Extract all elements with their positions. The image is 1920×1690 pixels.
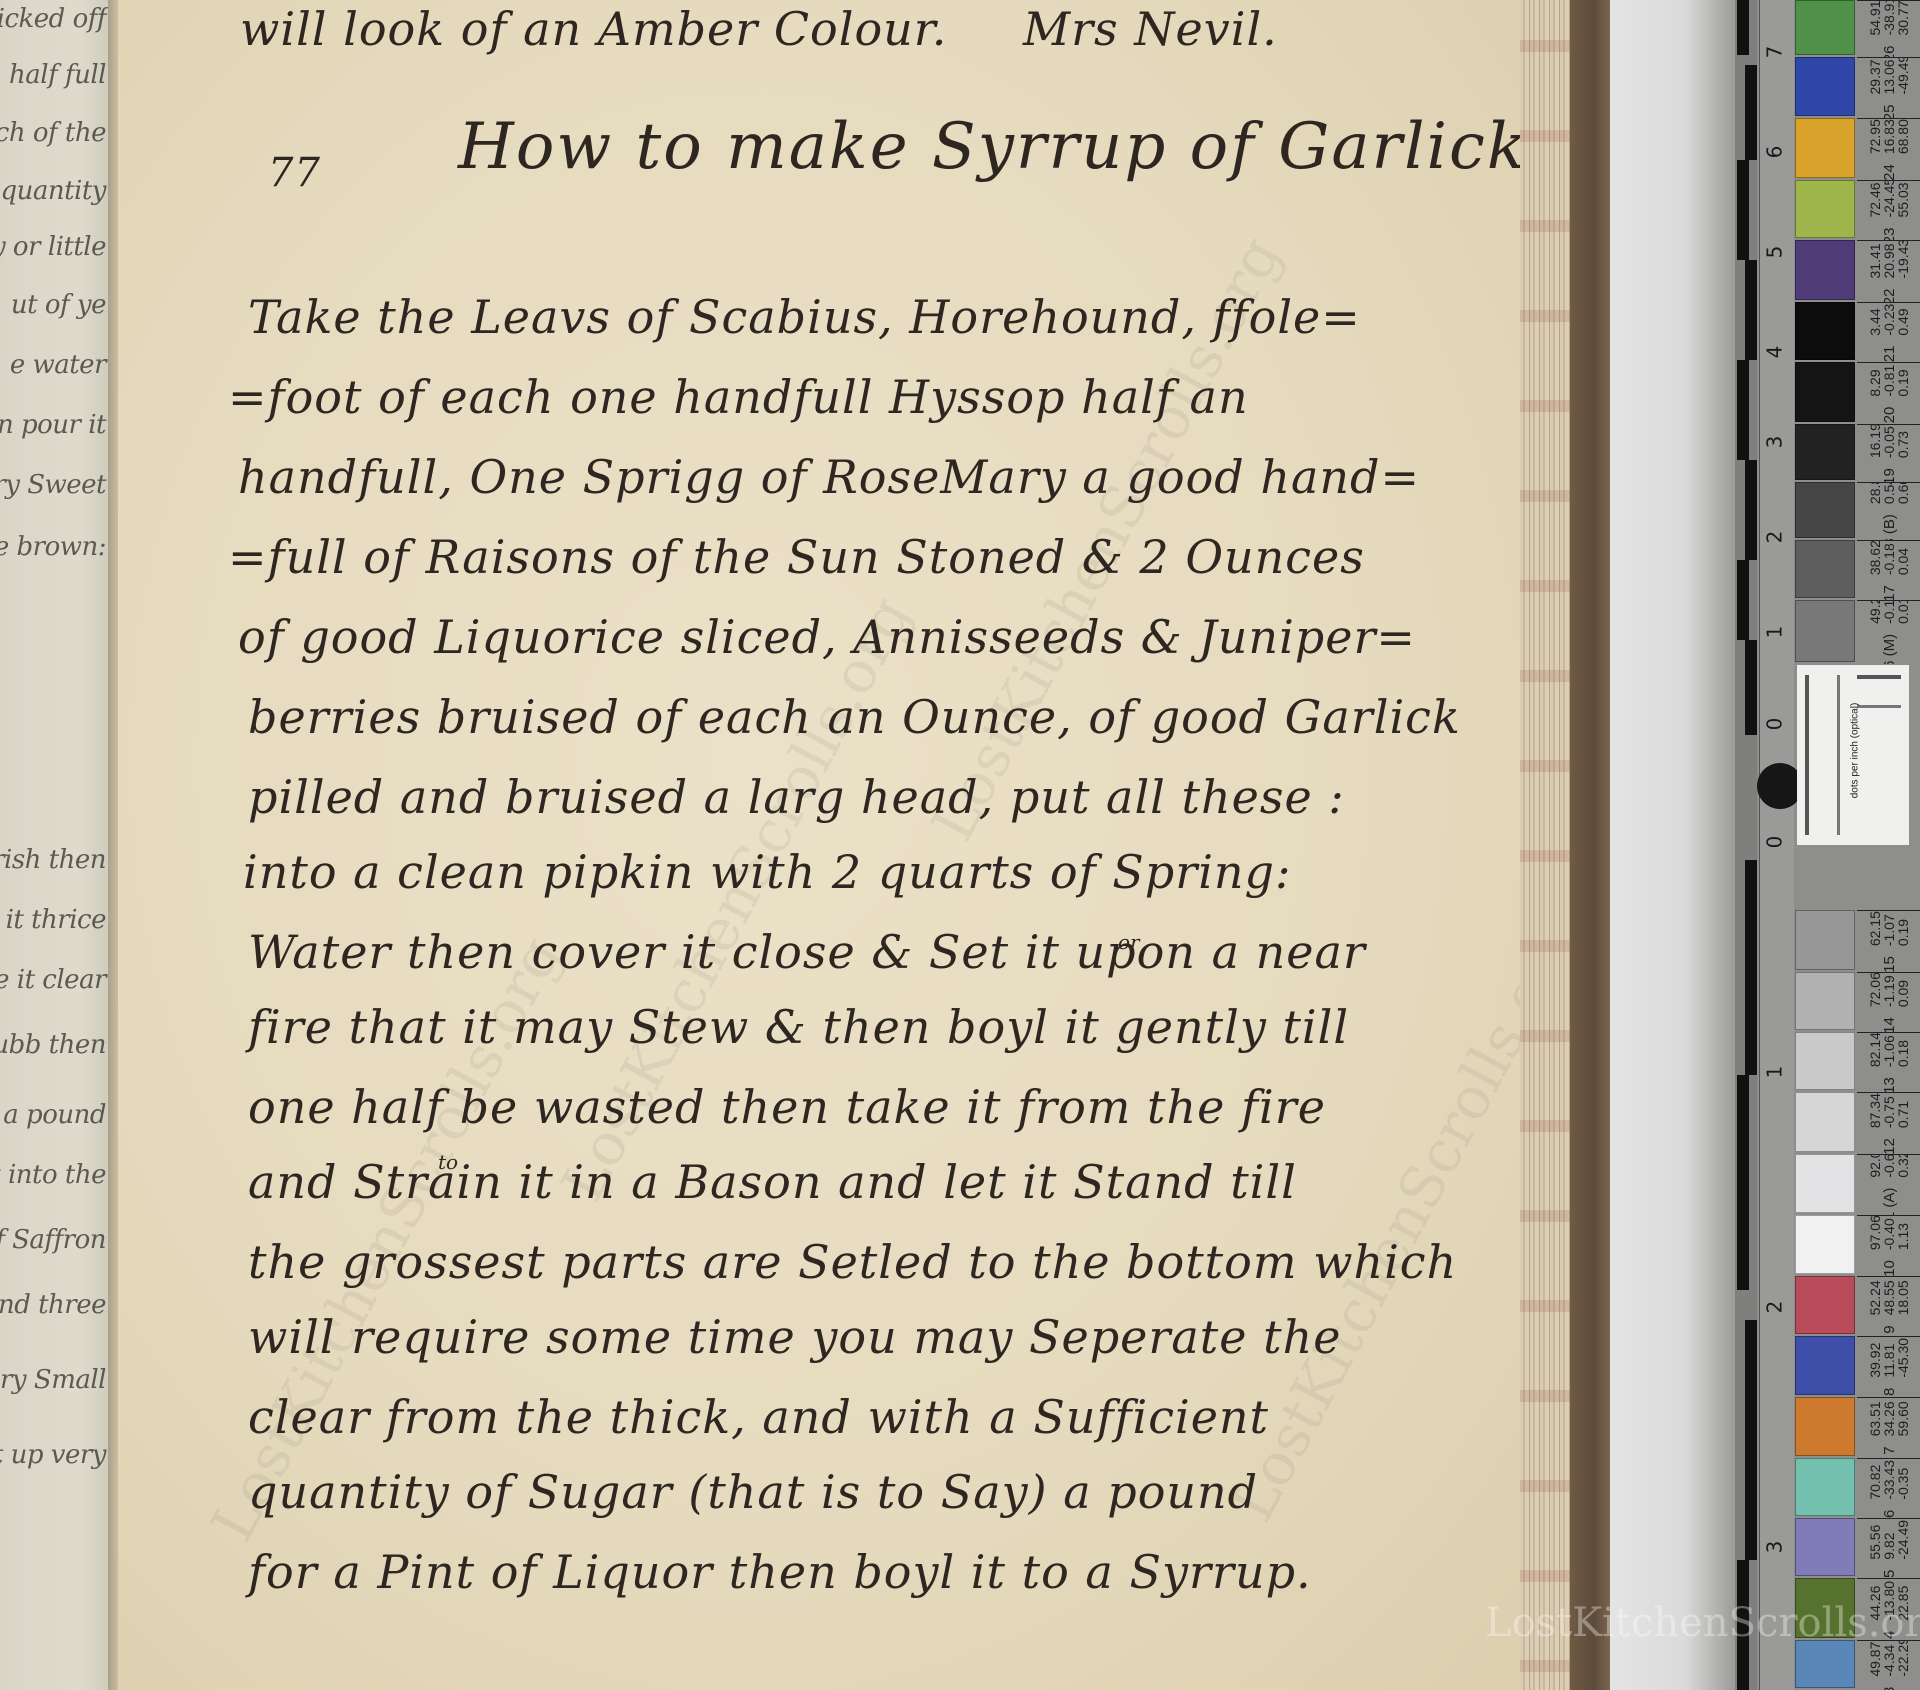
lab-value: -0.23 xyxy=(1882,303,1896,335)
recipe-line: for a Pint of Liquor then boyl it to a S… xyxy=(248,1545,1312,1599)
color-patch-26 xyxy=(1795,0,1855,55)
backdrop xyxy=(1610,0,1735,1690)
patch-id: 21 xyxy=(1880,345,1897,362)
color-calibration-chart: 7 6 5 4 3 2 1 0 0 1 2 3 dots per inch (o… xyxy=(1735,0,1920,1690)
patch-values: 18 (B)28.860.540.60 xyxy=(1857,482,1920,540)
patch-values: 16 (M)49.25-0.160.01 xyxy=(1857,600,1920,664)
lab-value: 70.82 xyxy=(1868,1459,1882,1499)
ruler-label: 0 xyxy=(1762,718,1786,731)
recipe-line: handfull, One Sprigg of RoseMary a good … xyxy=(238,450,1420,504)
patch-id: 11 (A) xyxy=(1880,1188,1897,1215)
patch-id: 8 xyxy=(1880,1388,1897,1396)
patch-id: 3 xyxy=(1880,1686,1897,1690)
ruler-checker-bar xyxy=(1735,0,1757,1690)
color-patch-7 xyxy=(1795,1397,1855,1456)
recipe-line: fire that it may Stew & then boyl it gen… xyxy=(248,1000,1349,1054)
lab-value: 0.73 xyxy=(1896,424,1910,458)
color-patch-21 xyxy=(1795,302,1855,360)
ruler-label: 2 xyxy=(1762,1301,1786,1314)
lab-value: 72.06 xyxy=(1868,972,1882,1007)
left-page-text: a Tubb then xyxy=(0,1030,106,1060)
recipe-line: of good Liquorice sliced, Annisseeds & J… xyxy=(238,610,1416,664)
patch-values: 11 (A)92.02-0.600.32 xyxy=(1857,1154,1920,1215)
color-patch-9 xyxy=(1795,1276,1855,1334)
lab-value: -0.81 xyxy=(1882,364,1896,396)
lab-value: 0.01 xyxy=(1896,600,1910,623)
patch-id: 17 xyxy=(1880,585,1897,600)
color-patch-19 xyxy=(1795,424,1855,480)
patch-values: 1738.62-0.180.04 xyxy=(1857,540,1920,600)
lab-value: 20.98 xyxy=(1882,240,1896,278)
lab-value: 49.25 xyxy=(1868,600,1882,623)
patch-values: 1472.06-1.190.09 xyxy=(1857,972,1920,1032)
lab-value: 29.37 xyxy=(1868,57,1882,95)
patch-values: 839.9211.81-45.30 xyxy=(1857,1336,1920,1397)
lab-value: 0.32 xyxy=(1896,1154,1910,1178)
margin-mark: 77 xyxy=(268,150,321,196)
patch-values: 1287.34-0.750.71 xyxy=(1857,1092,1920,1154)
lab-value: 0.09 xyxy=(1896,972,1910,1007)
lab-value: 87.34 xyxy=(1868,1093,1882,1128)
recipe-line: Take the Leavs of Scabius, Horehound, ff… xyxy=(248,290,1361,344)
lab-value: 0.19 xyxy=(1896,911,1910,946)
patch-values: 952.2448.5518.05 xyxy=(1857,1276,1920,1336)
lab-value: 82.14 xyxy=(1868,1032,1882,1067)
recipe-line: berries bruised of each an Ounce, of goo… xyxy=(248,690,1461,744)
lab-value: 0.71 xyxy=(1896,1093,1910,1128)
recipe-line: and Strain it in a Bason and let it Stan… xyxy=(248,1155,1297,1209)
patch-values: 555.569.82-24.49 xyxy=(1857,1518,1920,1578)
patch-values: 763.5134.2659.60 xyxy=(1857,1397,1920,1458)
recipe-attribution: Mrs Nevil. xyxy=(1023,2,1278,56)
recipe-line: clear from the thick, and with a Suffici… xyxy=(248,1390,1269,1444)
patch-id: 5 xyxy=(1880,1569,1897,1577)
left-page-text: e water xyxy=(10,350,106,380)
patch-values: 2472.9516.8368.80 xyxy=(1857,118,1920,180)
lab-value: 0.18 xyxy=(1896,1032,1910,1067)
color-patch-12 xyxy=(1795,1092,1855,1152)
lab-value: 0.54 xyxy=(1882,482,1896,504)
lab-value: 92.02 xyxy=(1868,1154,1882,1178)
lab-value: 48.55 xyxy=(1882,1280,1896,1315)
lab-value: 30.77 xyxy=(1896,0,1910,36)
left-page-text: ole quantity xyxy=(0,176,106,206)
lab-value: 0.19 xyxy=(1896,364,1910,396)
patch-id: 23 xyxy=(1880,227,1897,240)
recipe-line: =full of Raisons of the Sun Stoned & 2 O… xyxy=(228,530,1365,584)
lab-value: 62.15 xyxy=(1868,911,1882,946)
patch-id: 14 xyxy=(1880,1017,1897,1032)
patch-id: 6 xyxy=(1880,1509,1897,1517)
lab-value: -24.49 xyxy=(1896,1519,1910,1559)
lab-value: -0.35 xyxy=(1896,1459,1910,1499)
lab-value: 97.06 xyxy=(1868,1215,1882,1250)
resolution-target: dots per inch (optical) xyxy=(1797,665,1909,845)
lab-value: 3.44 xyxy=(1868,303,1882,335)
lab-value: 16.83 xyxy=(1882,119,1896,154)
ruler-label: 7 xyxy=(1762,46,1786,59)
color-patch-16m xyxy=(1795,600,1855,662)
patch-values: 2529.3713.06-49.49 xyxy=(1857,57,1920,118)
color-patch-15 xyxy=(1795,910,1855,970)
patch-id: 16 (M) xyxy=(1880,633,1897,664)
patch-values: 2231.4120.98-19.43 xyxy=(1857,240,1920,302)
left-page-text: much of the xyxy=(0,118,106,148)
left-page-text: of the brown: xyxy=(0,532,106,562)
patch-id: 12 xyxy=(1880,1138,1897,1154)
color-patch-17 xyxy=(1795,540,1855,598)
left-page-fragment: picked off half full much of the ole qua… xyxy=(0,0,112,1690)
recipe-line: into a clean pipkin with 2 quarts of Spr… xyxy=(243,845,1291,899)
patch-id: 25 xyxy=(1880,105,1897,118)
lab-value: -33.43 xyxy=(1882,1459,1896,1499)
book-cover-edge xyxy=(1570,0,1610,1690)
patch-values: 1562.15-1.070.19 xyxy=(1857,910,1920,972)
patch-id: 19 xyxy=(1880,468,1897,482)
lab-value: 0.60 xyxy=(1896,482,1910,504)
patch-id: 10 xyxy=(1880,1260,1897,1276)
lab-value: 54.91 xyxy=(1868,0,1882,36)
left-page-text: put into the xyxy=(0,1160,106,1190)
color-patch-22 xyxy=(1795,240,1855,300)
left-page-text: then pour it xyxy=(0,410,106,440)
recipe-line: the grossest parts are Setled to the bot… xyxy=(248,1235,1457,1289)
patch-id: 24 xyxy=(1880,164,1897,180)
lab-value: 34.26 xyxy=(1882,1401,1896,1436)
left-page-text: r it thrice xyxy=(0,905,106,935)
manuscript-page: LostKitchenScrolls.org LostKitchenScroll… xyxy=(118,0,1522,1690)
patch-values: 670.82-33.43-0.35 xyxy=(1857,1458,1920,1518)
insertion-mark: to xyxy=(438,1150,458,1174)
lab-value: 55.56 xyxy=(1868,1519,1882,1559)
ruler-label: 3 xyxy=(1762,1541,1786,1554)
lab-value: -0.16 xyxy=(1882,600,1896,623)
patch-values: 2372.46-24.4555.03 xyxy=(1857,180,1920,240)
color-patch-13 xyxy=(1795,1032,1855,1090)
ruler-label: 4 xyxy=(1762,346,1786,359)
resolution-label: dots per inch (optical) xyxy=(1849,703,1860,799)
recipe-line: one half be wasted then take it from the… xyxy=(248,1080,1326,1134)
color-patch-8 xyxy=(1795,1336,1855,1395)
lab-value: 55.03 xyxy=(1896,180,1910,217)
patch-id: 20 xyxy=(1880,406,1897,423)
left-page-text: n very Small xyxy=(0,1365,106,1395)
patch-values: 1097.06-0.401.13 xyxy=(1857,1215,1920,1276)
left-page-text: orish then xyxy=(0,845,106,875)
lab-value: -24.45 xyxy=(1882,180,1896,217)
color-patch-25 xyxy=(1795,57,1855,116)
ruler-label: 5 xyxy=(1762,246,1786,259)
recipe-line: will require some time you may Seperate … xyxy=(248,1310,1341,1364)
color-patch-5 xyxy=(1795,1518,1855,1576)
patch-id: 7 xyxy=(1880,1446,1897,1454)
left-page-text: ood a pound xyxy=(0,1100,106,1130)
left-page-text: e it clear xyxy=(0,965,106,995)
recipe-line: quantity of Sugar (that is to Say) a pou… xyxy=(248,1465,1258,1519)
lab-value: -19.43 xyxy=(1896,240,1910,278)
color-patch-3 xyxy=(1795,1640,1855,1688)
lab-value: 0.49 xyxy=(1896,303,1910,335)
lab-value: 0.04 xyxy=(1896,540,1910,575)
recipe-line: Water then cover it close & Set it upon … xyxy=(248,925,1366,979)
ruler-scale: 7 6 5 4 3 2 1 0 0 1 2 3 xyxy=(1759,0,1794,1690)
ruler-label: 3 xyxy=(1762,436,1786,449)
patch-values: 2654.91-38.9130.77 xyxy=(1857,0,1920,57)
lab-value: 11.81 xyxy=(1882,1338,1896,1378)
recipe-title: How to make Syrrup of Garlick xyxy=(458,110,1522,184)
lab-value: 28.86 xyxy=(1868,482,1882,504)
lab-value: -0.40 xyxy=(1882,1215,1896,1250)
color-patch-20 xyxy=(1795,362,1855,422)
ruler-label: 1 xyxy=(1762,1066,1786,1079)
color-patch-14 xyxy=(1795,972,1855,1030)
patch-id: 26 xyxy=(1880,46,1897,57)
patch-values: 1916.19-0.050.73 xyxy=(1857,424,1920,482)
ruler-label: 1 xyxy=(1762,626,1786,639)
recipe-line: =foot of each one handfull Hyssop half a… xyxy=(228,370,1249,424)
lab-value: 9.82 xyxy=(1882,1519,1896,1559)
lab-value: -1.06 xyxy=(1882,1032,1896,1067)
color-patch-11a xyxy=(1795,1154,1855,1213)
left-page-text: very Sweet xyxy=(0,470,106,500)
lab-value: 13.06 xyxy=(1882,57,1896,95)
left-page-text: of Saffron xyxy=(0,1225,106,1255)
color-patch-23 xyxy=(1795,180,1855,238)
insertion-mark: or xyxy=(1118,930,1140,954)
previous-recipe-ending: will look of an Amber Colour. Mrs Nevil. xyxy=(240,2,1278,56)
lab-value: -45.30 xyxy=(1896,1338,1910,1378)
patch-id: 22 xyxy=(1880,288,1897,302)
book-page-edges xyxy=(1520,0,1572,1690)
lab-value: 52.24 xyxy=(1868,1280,1882,1315)
patch-id: 15 xyxy=(1880,956,1897,972)
patch-id: 13 xyxy=(1880,1077,1897,1092)
lab-value: 31.41 xyxy=(1868,240,1882,278)
left-page-text: it up very xyxy=(0,1440,106,1470)
previous-recipe-text: will look of an Amber Colour. xyxy=(240,2,947,56)
patch-values: 208.29-0.810.19 xyxy=(1857,362,1920,424)
lab-value: 63.51 xyxy=(1868,1401,1882,1436)
watermark: LostKitchenScrolls.org xyxy=(1485,1600,1920,1646)
ruler-label: 2 xyxy=(1762,531,1786,544)
lab-value: -1.19 xyxy=(1882,972,1896,1007)
left-page-text: ut of ye xyxy=(11,290,106,320)
left-page-text: ll and three xyxy=(0,1290,106,1320)
color-patch-6 xyxy=(1795,1458,1855,1516)
color-patch-24 xyxy=(1795,118,1855,178)
patch-values: 1382.14-1.060.18 xyxy=(1857,1032,1920,1092)
lab-value: 38.62 xyxy=(1868,540,1882,575)
lab-value: -0.75 xyxy=(1882,1093,1896,1128)
color-patch-10 xyxy=(1795,1215,1855,1274)
lab-value: -49.49 xyxy=(1896,57,1910,95)
left-page-text: ally or little xyxy=(0,232,106,262)
patch-id: 18 (B) xyxy=(1880,514,1897,540)
ruler-label: 0 xyxy=(1762,836,1786,849)
lab-value: -38.91 xyxy=(1882,0,1896,36)
lab-value: 18.05 xyxy=(1896,1280,1910,1315)
lab-value: 68.80 xyxy=(1896,119,1910,154)
lab-value: -0.60 xyxy=(1882,1154,1896,1178)
lab-value: -0.05 xyxy=(1882,424,1896,458)
recipe-line: pilled and bruised a larg head, put all … xyxy=(248,770,1345,824)
lab-value: 8.29 xyxy=(1868,364,1882,396)
lab-value: 72.95 xyxy=(1868,119,1882,154)
patch-id: 9 xyxy=(1880,1325,1897,1333)
ruler-label: 6 xyxy=(1762,146,1786,159)
lab-value: 16.19 xyxy=(1868,424,1882,458)
lab-value: 1.13 xyxy=(1896,1215,1910,1250)
left-page-text: picked off xyxy=(0,4,106,34)
lab-value: 72.46 xyxy=(1868,180,1882,217)
color-patch-18b xyxy=(1795,482,1855,538)
patch-values: 349.87-4.34-22.29 xyxy=(1857,1640,1920,1690)
lab-value: -0.18 xyxy=(1882,540,1896,575)
patch-values: 213.44-0.230.49 xyxy=(1857,302,1920,362)
left-page-text: half full xyxy=(9,60,106,90)
lab-value: 39.92 xyxy=(1868,1338,1882,1378)
lab-value: 59.60 xyxy=(1896,1401,1910,1436)
lab-value: -1.07 xyxy=(1882,911,1896,946)
